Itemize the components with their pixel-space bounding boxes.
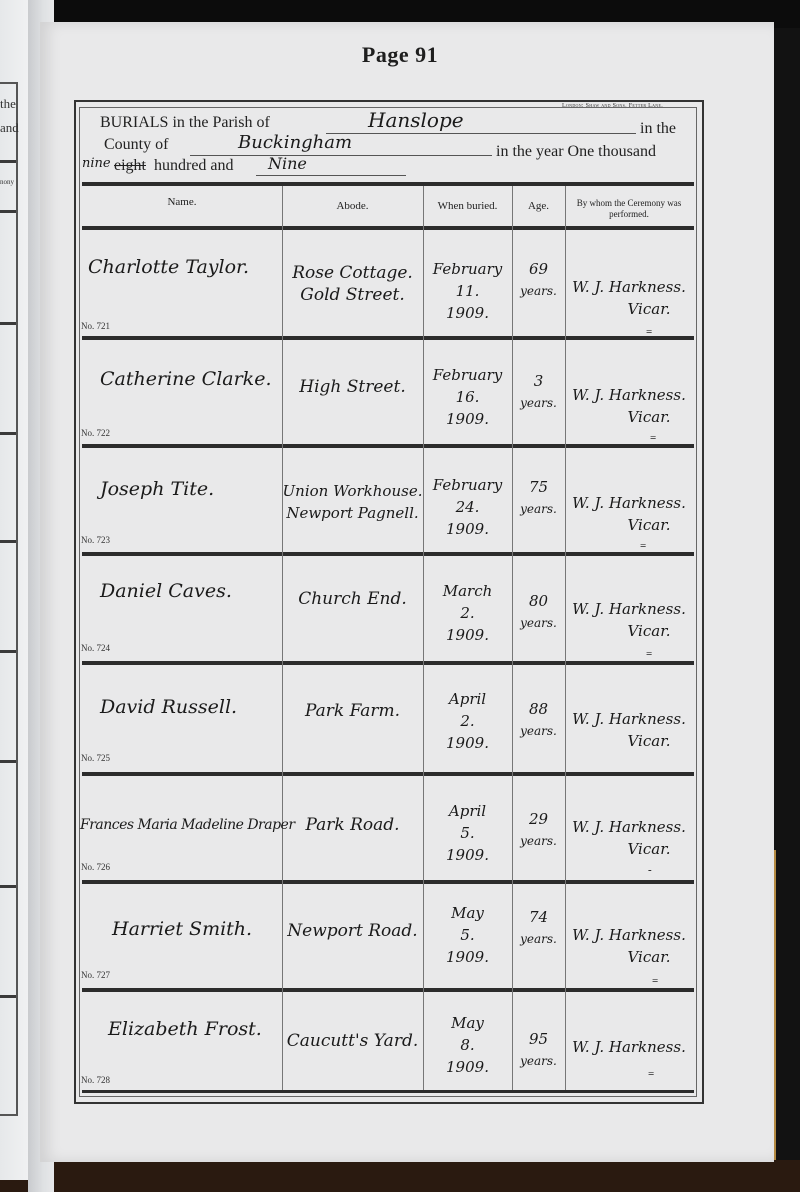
facing-page-rule [0, 540, 16, 543]
entry-abode: Caucutt's Yard. [282, 1030, 423, 1052]
burial-month: April [423, 688, 512, 710]
officiant-name: W. J. Harkness. [565, 1036, 693, 1058]
facing-page-text: and [0, 120, 19, 136]
rule-row [82, 336, 694, 340]
entry-burial-date: May 8. 1909. [423, 1012, 512, 1078]
ditto-mark: = [640, 540, 646, 552]
ditto-mark: = [646, 648, 652, 660]
column-header-name: Name. [82, 196, 282, 209]
age-unit: years. [512, 720, 565, 742]
abode-line: Caucutt's Yard. [282, 1030, 423, 1052]
burial-day: 5. [423, 822, 512, 844]
officiant-title: Vicar. [565, 406, 693, 428]
entry-officiant: W. J. Harkness. Vicar. [565, 276, 693, 320]
facing-page-text: nony [0, 178, 14, 186]
column-header-abode: Abode. [282, 200, 423, 213]
abode-line: Union Workhouse. [282, 480, 423, 502]
column-header-age: Age. [512, 200, 565, 213]
entry-officiant: W. J. Harkness. Vicar. [565, 816, 693, 860]
abode-line: Rose Cottage. [282, 262, 423, 284]
officiant-name: W. J. Harkness. [565, 598, 693, 620]
officiant-name: W. J. Harkness. [565, 816, 693, 838]
rule-row [82, 444, 694, 448]
entry-burial-date: April 2. 1909. [423, 688, 512, 754]
entry-name: Charlotte Taylor. [88, 256, 249, 278]
county-fill-line [190, 155, 492, 156]
entry-name: Joseph Tite. [100, 478, 214, 500]
age-value: 75 [512, 476, 565, 498]
burial-day: 16. [423, 386, 512, 408]
header-hundred-label: hundred and [154, 157, 234, 175]
age-value: 3 [512, 370, 565, 392]
burial-year: 1909. [423, 946, 512, 968]
burial-year: 1909. [423, 302, 512, 324]
facing-page-rule [0, 160, 16, 163]
age-unit: years. [512, 392, 565, 414]
facing-page-rule [0, 760, 16, 763]
burial-year: 1909. [423, 732, 512, 754]
rule-header-bottom [82, 226, 694, 230]
entry-abode: Union Workhouse. Newport Pagnell. [282, 480, 423, 524]
entry-name: Daniel Caves. [100, 580, 232, 602]
facing-page-rule [0, 432, 16, 435]
officiant-title: Vicar. [565, 514, 693, 536]
entry-name: Frances Maria Madeline Draper [80, 814, 295, 836]
age-unit: years. [512, 1050, 565, 1072]
burial-day: 5. [423, 924, 512, 946]
age-value: 80 [512, 590, 565, 612]
header-parish-label: BURIALS in the Parish of [100, 114, 270, 132]
age-value: 69 [512, 258, 565, 280]
burial-month: May [423, 1012, 512, 1034]
parish-value: Hanslope [368, 108, 464, 132]
facing-page-rule [0, 210, 16, 213]
entry-number: No. 721 [81, 321, 110, 331]
entry-number: No. 726 [81, 862, 110, 872]
year-struck-word: eight [114, 157, 146, 175]
facing-page-rule [0, 322, 16, 325]
officiant-title: Vicar. [565, 838, 693, 860]
year-fill-line [256, 175, 406, 176]
entry-number: No. 728 [81, 1075, 110, 1085]
rule-row [82, 661, 694, 665]
rule-row [82, 880, 694, 884]
burial-year: 1909. [423, 518, 512, 540]
entry-burial-date: February 16. 1909. [423, 364, 512, 430]
facing-page-frame [0, 82, 18, 1116]
rule-row [82, 988, 694, 992]
entry-officiant: W. J. Harkness. Vicar. [565, 384, 693, 428]
entry-officiant: W. J. Harkness. Vicar. [565, 598, 693, 642]
entry-age: 80 years. [512, 590, 565, 634]
column-header-when-buried: When buried. [423, 200, 512, 213]
abode-line: Gold Street. [282, 284, 423, 306]
page-gilt-edge [764, 850, 776, 1160]
burial-month: February [423, 364, 512, 386]
entry-burial-date: April 5. 1909. [423, 800, 512, 866]
abode-line: Church End. [282, 588, 423, 610]
facing-page-rule [0, 885, 16, 888]
rule-row [82, 552, 694, 556]
rule-top [82, 182, 694, 186]
facing-page-rule [0, 995, 16, 998]
entry-number: No. 727 [81, 970, 110, 980]
abode-line: Park Farm. [282, 700, 423, 722]
entry-burial-date: February 11. 1909. [423, 258, 512, 324]
entry-number: No. 725 [81, 753, 110, 763]
age-unit: years. [512, 928, 565, 950]
entry-number: No. 722 [81, 428, 110, 438]
header-county-label: County of [104, 136, 168, 154]
year-value: Nine [268, 154, 307, 173]
rule-bottom [82, 1090, 694, 1093]
entry-officiant: W. J. Harkness. [565, 1036, 693, 1058]
entry-officiant: W. J. Harkness. Vicar. [565, 708, 693, 752]
burial-day: 24. [423, 496, 512, 518]
officiant-title: Vicar. [565, 298, 693, 320]
entry-name: Catherine Clarke. [100, 368, 271, 390]
entry-officiant: W. J. Harkness. Vicar. [565, 924, 693, 968]
entry-officiant: W. J. Harkness. Vicar. [565, 492, 693, 536]
facing-page-edge: the and nony [0, 0, 29, 1180]
entry-name: Elizabeth Frost. [108, 1018, 262, 1040]
burial-month: February [423, 258, 512, 280]
ditto-mark: = [648, 1068, 654, 1080]
entry-abode: Park Farm. [282, 700, 423, 722]
officiant-name: W. J. Harkness. [565, 384, 693, 406]
age-unit: years. [512, 612, 565, 634]
officiant-name: W. J. Harkness. [565, 708, 693, 730]
entry-age: 3 years. [512, 370, 565, 414]
entry-abode: Newport Road. [282, 920, 423, 942]
burial-month: March [423, 580, 512, 602]
burial-day: 2. [423, 710, 512, 732]
abode-line: High Street. [282, 376, 423, 398]
column-header-officiant: By whom the Ceremony was performed. [570, 198, 688, 220]
age-value: 29 [512, 808, 565, 830]
officiant-name: W. J. Harkness. [565, 492, 693, 514]
entry-name: Harriet Smith. [112, 918, 252, 940]
header-county-suffix: in the year One thousand [496, 143, 656, 161]
county-value: Buckingham [238, 132, 352, 153]
abode-line: Newport Road. [282, 920, 423, 942]
burial-month: April [423, 800, 512, 822]
table-surface [0, 1160, 800, 1192]
entry-abode: Rose Cottage. Gold Street. [282, 262, 423, 306]
column-divider [282, 186, 283, 1090]
age-unit: years. [512, 830, 565, 852]
abode-line: Park Road. [282, 814, 423, 836]
ditto-mark: = [652, 975, 658, 987]
entry-name: David Russell. [100, 696, 237, 718]
entry-burial-date: February 24. 1909. [423, 474, 512, 540]
age-value: 74 [512, 906, 565, 928]
officiant-name: W. J. Harkness. [565, 276, 693, 298]
column-divider [512, 186, 513, 1090]
facing-page-text: the [0, 96, 16, 112]
entry-abode: High Street. [282, 376, 423, 398]
burial-year: 1909. [423, 1056, 512, 1078]
entry-age: 69 years. [512, 258, 565, 302]
burial-day: 11. [423, 280, 512, 302]
officiant-title: Vicar. [565, 620, 693, 642]
ditto-mark: = [650, 432, 656, 444]
ditto-mark: = [646, 326, 652, 338]
age-unit: years. [512, 280, 565, 302]
officiant-title: Vicar. [565, 730, 693, 752]
entry-age: 29 years. [512, 808, 565, 852]
entry-burial-date: March 2. 1909. [423, 580, 512, 646]
burial-day: 8. [423, 1034, 512, 1056]
entry-abode: Church End. [282, 588, 423, 610]
burial-year: 1909. [423, 844, 512, 866]
facing-page-rule [0, 650, 16, 653]
age-unit: years. [512, 498, 565, 520]
entry-number: No. 723 [81, 535, 110, 545]
burial-year: 1909. [423, 408, 512, 430]
age-value: 95 [512, 1028, 565, 1050]
ditto-mark: - [648, 864, 652, 876]
age-value: 88 [512, 698, 565, 720]
rule-row [82, 772, 694, 776]
entry-age: 88 years. [512, 698, 565, 742]
entry-burial-date: May 5. 1909. [423, 902, 512, 968]
header-parish-suffix: in the [640, 120, 676, 138]
entry-age: 95 years. [512, 1028, 565, 1072]
burial-month: May [423, 902, 512, 924]
entry-age: 75 years. [512, 476, 565, 520]
burial-day: 2. [423, 602, 512, 624]
entry-number: No. 724 [81, 643, 110, 653]
parish-fill-line [326, 133, 636, 134]
abode-line: Newport Pagnell. [282, 502, 423, 524]
page-title: Page 91 [0, 42, 800, 68]
entry-abode: Park Road. [282, 814, 423, 836]
year-correction: nine [82, 156, 111, 171]
entry-age: 74 years. [512, 906, 565, 950]
officiant-name: W. J. Harkness. [565, 924, 693, 946]
burial-year: 1909. [423, 624, 512, 646]
burial-month: February [423, 474, 512, 496]
officiant-title: Vicar. [565, 946, 693, 968]
